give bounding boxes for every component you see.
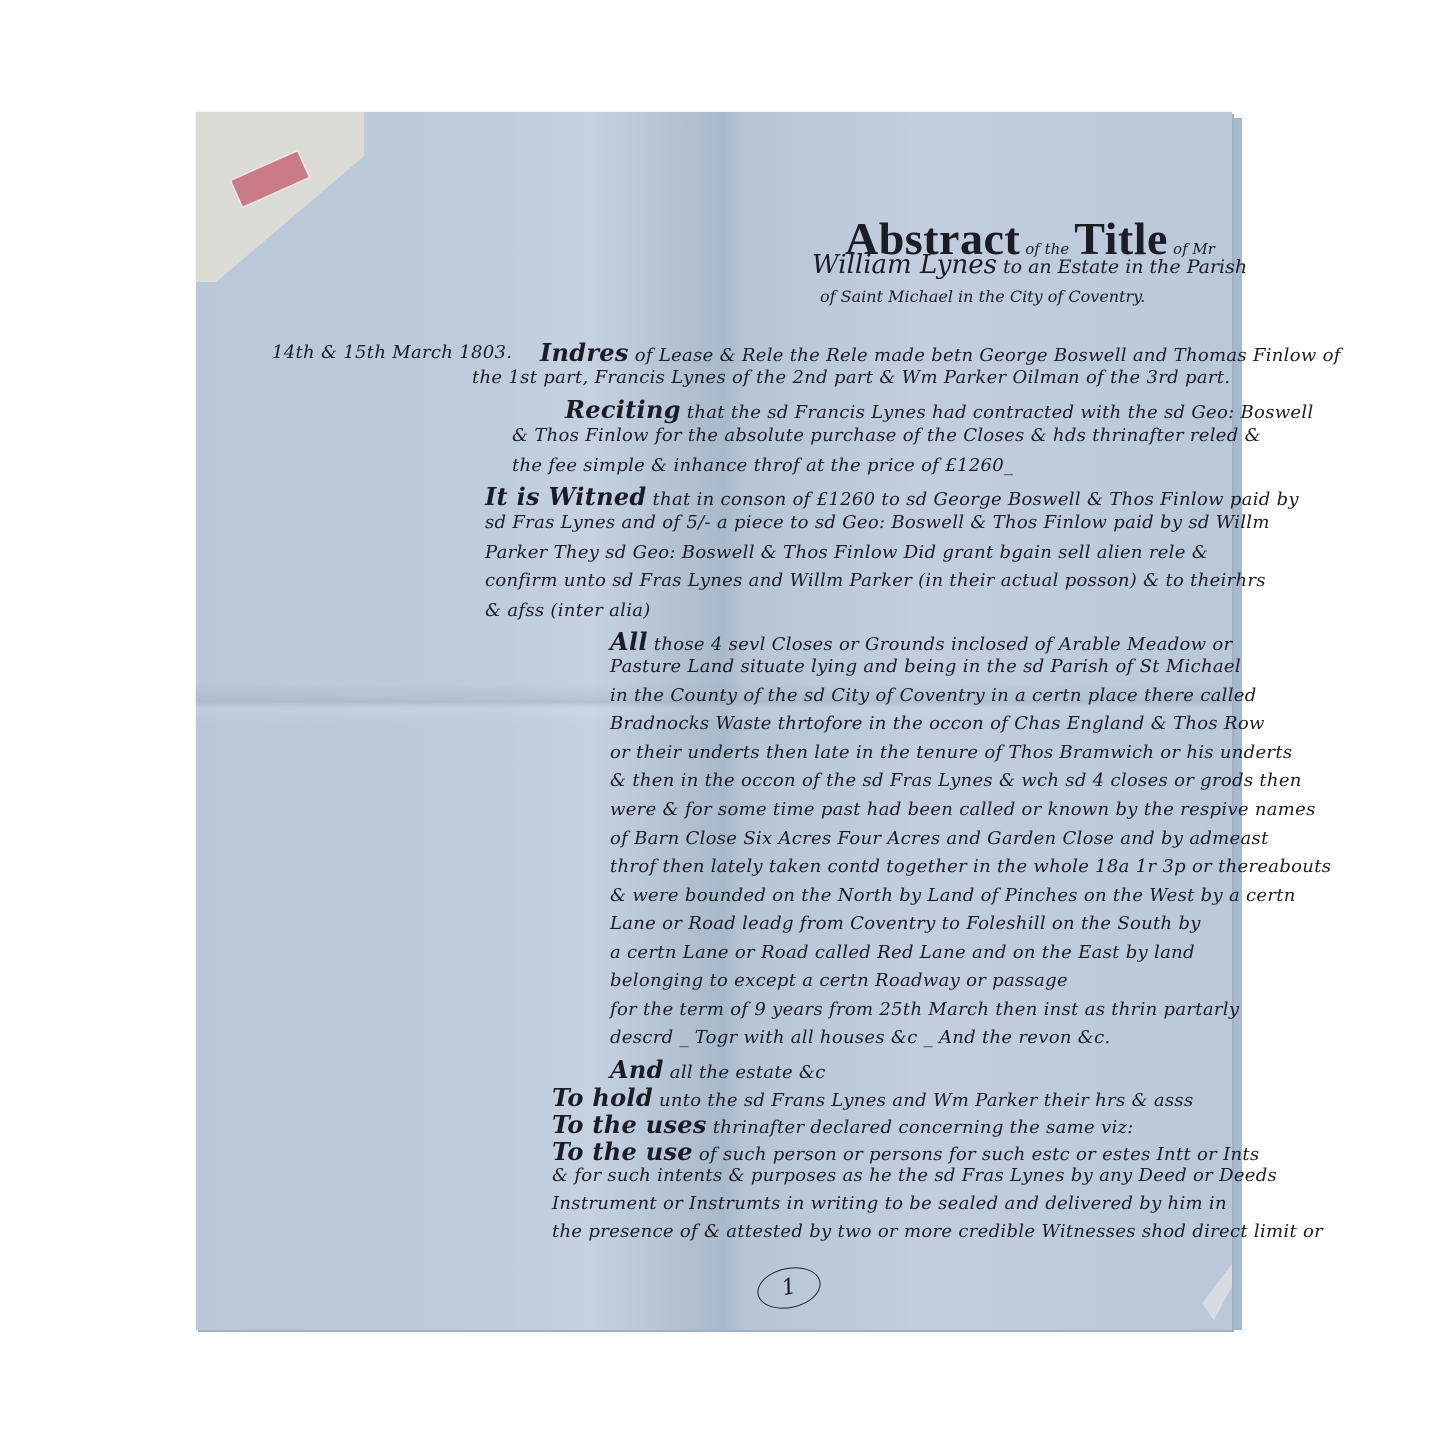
line-text: descrd _ Togr with all houses &c _ And t… — [610, 1027, 1111, 1048]
document-line: descrd _ Togr with all houses &c _ And t… — [610, 1027, 1111, 1048]
document-line: & Thos Finlow for the absolute purchase … — [512, 425, 1261, 446]
subject-name: William Lynes — [812, 250, 997, 280]
document-line: & for such intents & purposes as he the … — [552, 1165, 1277, 1186]
document-line: confirm unto sd Fras Lynes and Willm Par… — [485, 570, 1266, 591]
line-text: that in conson of £1260 to sd George Bos… — [647, 489, 1299, 510]
document-line: in the County of the sd City of Coventry… — [610, 685, 1257, 706]
line-text: the 1st part, Francis Lynes of the 2nd p… — [472, 367, 1230, 388]
document-line: To hold unto the sd Frans Lynes and Wm P… — [552, 1083, 1194, 1112]
line-text: or their underts then late in the tenure… — [610, 742, 1292, 763]
document-line: Indres of Lease & Rele the Rele made bet… — [540, 338, 1341, 367]
line-text: those 4 sevl Closes or Grounds inclosed … — [648, 634, 1233, 655]
line-text: Pasture Land situate lying and being in … — [610, 656, 1241, 677]
document-line: throf then lately taken contd together i… — [610, 856, 1331, 877]
line-text: all the estate &c — [664, 1062, 826, 1083]
line-text: Parker They sd Geo: Boswell & Thos Finlo… — [485, 542, 1208, 563]
document-line: Parker They sd Geo: Boswell & Thos Finlo… — [485, 542, 1208, 563]
document-line: To the use of such person or persons for… — [552, 1137, 1259, 1166]
document-line: & were bounded on the North by Land of P… — [610, 885, 1296, 906]
title-line-3: of Saint Michael in the City of Coventry… — [820, 287, 1145, 306]
line-text: for the term of 9 years from 25th March … — [610, 999, 1239, 1020]
document-line: of Barn Close Six Acres Four Acres and G… — [610, 828, 1269, 849]
document-line: & then in the occon of the sd Fras Lynes… — [610, 770, 1302, 791]
line-lead-word: It is Witned — [485, 482, 647, 511]
margin-date: 14th & 15th March 1803. — [272, 342, 512, 363]
line-lead-word: To the uses — [552, 1110, 707, 1139]
line-text: & then in the occon of the sd Fras Lynes… — [610, 770, 1302, 791]
document-line: Pasture Land situate lying and being in … — [610, 656, 1241, 677]
document-line: Reciting that the sd Francis Lynes had c… — [565, 395, 1314, 424]
document-line: for the term of 9 years from 25th March … — [610, 999, 1239, 1020]
document-line: It is Witned that in conson of £1260 to … — [485, 482, 1299, 511]
document-line: To the uses thrinafter declared concerni… — [552, 1110, 1134, 1139]
line-lead-word: To hold — [552, 1083, 653, 1112]
document-line: the presence of & attested by two or mor… — [552, 1221, 1323, 1242]
document-line: the fee simple & inhance throf at the pr… — [512, 455, 1013, 476]
line-text: of Lease & Rele the Rele made betn Georg… — [629, 345, 1341, 366]
line-text: of such person or persons for such estc … — [693, 1144, 1260, 1165]
title-line-2-rest: to an Estate in the Parish — [1003, 256, 1247, 278]
line-lead-word: Indres — [540, 338, 629, 367]
line-lead-word: Reciting — [565, 395, 681, 424]
title-line-2: William Lynes to an Estate in the Parish — [812, 250, 1247, 280]
line-text: of Barn Close Six Acres Four Acres and G… — [610, 828, 1269, 849]
line-text: & afss (inter alia) — [485, 600, 651, 621]
document-line: belonging to except a certn Roadway or p… — [610, 970, 1068, 991]
document-line: the 1st part, Francis Lynes of the 2nd p… — [472, 367, 1230, 388]
line-text: were & for some time past had been calle… — [610, 799, 1316, 820]
document-line: or their underts then late in the tenure… — [610, 742, 1292, 763]
document-line: were & for some time past had been calle… — [610, 799, 1316, 820]
line-text: that the sd Francis Lynes had contracted… — [681, 402, 1314, 423]
document-line: Bradnocks Waste thrtofore in the occon o… — [610, 713, 1265, 734]
document-line: a certn Lane or Road called Red Lane and… — [610, 942, 1195, 963]
line-text: in the County of the sd City of Coventry… — [610, 685, 1257, 706]
line-text: the presence of & attested by two or mor… — [552, 1221, 1323, 1242]
line-text: & for such intents & purposes as he the … — [552, 1165, 1277, 1186]
line-text: unto the sd Frans Lynes and Wm Parker th… — [653, 1090, 1194, 1111]
line-text: thrinafter declared concerning the same … — [707, 1117, 1134, 1138]
line-text: sd Fras Lynes and of 5/- a piece to sd G… — [485, 512, 1270, 533]
line-text: confirm unto sd Fras Lynes and Willm Par… — [485, 570, 1266, 591]
document-line: And all the estate &c — [610, 1055, 826, 1084]
document-line: sd Fras Lynes and of 5/- a piece to sd G… — [485, 512, 1270, 533]
document-line: Lane or Road leadg from Coventry to Fole… — [610, 913, 1201, 934]
line-text: Lane or Road leadg from Coventry to Fole… — [610, 913, 1201, 934]
line-text: Instrument or Instrumts in writing to be… — [552, 1193, 1227, 1214]
line-text: & Thos Finlow for the absolute purchase … — [512, 425, 1261, 446]
line-text: the fee simple & inhance throf at the pr… — [512, 455, 1013, 476]
line-lead-word: To the use — [552, 1137, 693, 1166]
document-line: Instrument or Instrumts in writing to be… — [552, 1193, 1227, 1214]
line-lead-word: And — [610, 1055, 664, 1084]
line-text: a certn Lane or Road called Red Lane and… — [610, 942, 1195, 963]
line-text: & were bounded on the North by Land of P… — [610, 885, 1296, 906]
line-text: belonging to except a certn Roadway or p… — [610, 970, 1068, 991]
line-lead-word: All — [610, 627, 648, 656]
line-text: throf then lately taken contd together i… — [610, 856, 1331, 877]
document-line: All those 4 sevl Closes or Grounds inclo… — [610, 627, 1232, 656]
line-text: Bradnocks Waste thrtofore in the occon o… — [610, 713, 1265, 734]
document-line: & afss (inter alia) — [485, 600, 651, 621]
